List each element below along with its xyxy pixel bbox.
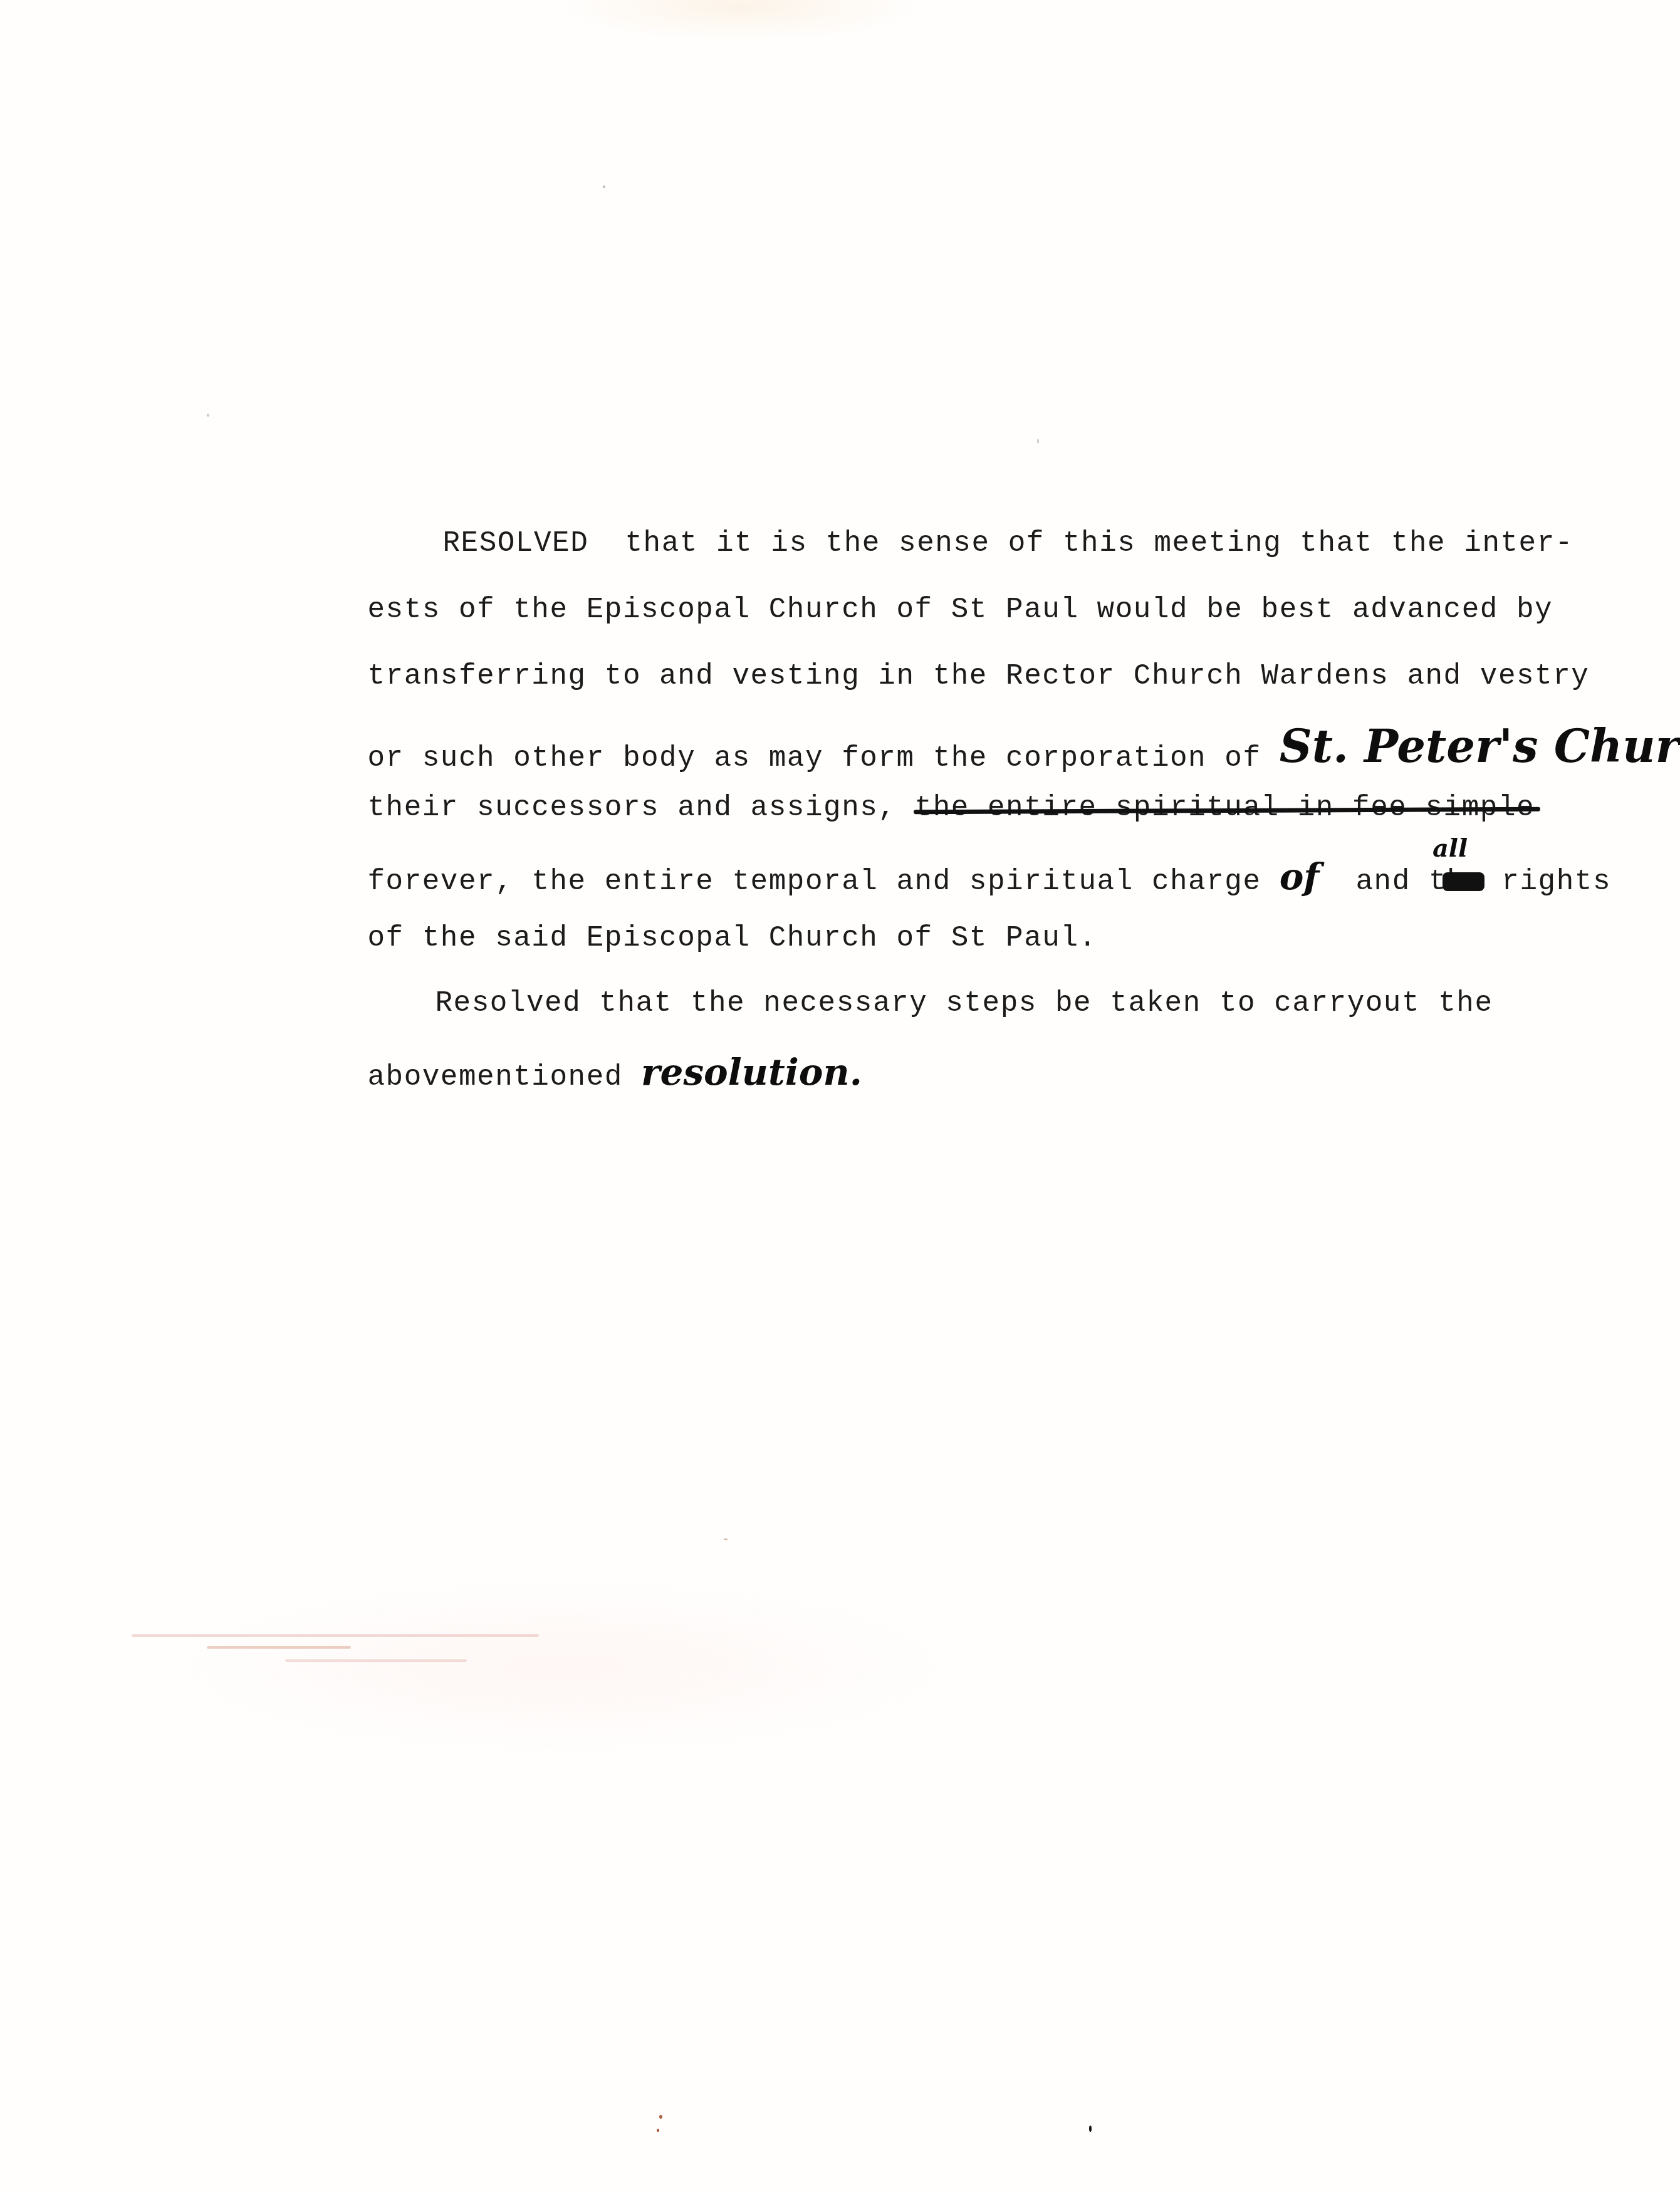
struck-through-text: the entire spiritual in fee simple (915, 791, 1535, 824)
scan-speck (603, 185, 605, 188)
line-text: abovementioned (367, 1061, 641, 1093)
struck-word-the: theall (1429, 867, 1483, 896)
line-text: ests of the Episcopal Church of St Paul … (367, 593, 1553, 626)
scan-speck (724, 1538, 728, 1540)
stain-streak (285, 1659, 467, 1662)
scanned-page: RESOLVED that it is the sense of this me… (0, 0, 1680, 2192)
line-text: that it is the sense of this meeting tha… (588, 527, 1573, 560)
scan-speck (657, 2129, 659, 2132)
scan-speck (207, 414, 209, 417)
resolved-heading: RESOLVED (442, 527, 588, 560)
second-resolution-line-2: abovementioned resolution. (295, 1025, 862, 1120)
stain-streak (207, 1646, 351, 1649)
handwritten-all: all (1432, 836, 1468, 861)
line-text: rights (1483, 865, 1611, 898)
scan-speck (1037, 439, 1039, 444)
line-text: Resolved that the necessary steps be tak… (435, 987, 1493, 1020)
stain-streak (132, 1634, 539, 1637)
line-text: their successors and assigns, (367, 791, 914, 824)
line-text: transferring to and vesting in the Recto… (367, 660, 1589, 692)
handwritten-of: of (1280, 855, 1320, 898)
scan-speck (659, 2115, 662, 2119)
scan-speck (1089, 2126, 1092, 2132)
line-text: forever, the entire temporal and spiritu… (367, 865, 1279, 898)
line-text: of the said Episcopal Church of St Paul. (367, 922, 1097, 954)
handwritten-resolution: resolution. (641, 1051, 862, 1093)
line-text: and (1319, 865, 1429, 898)
